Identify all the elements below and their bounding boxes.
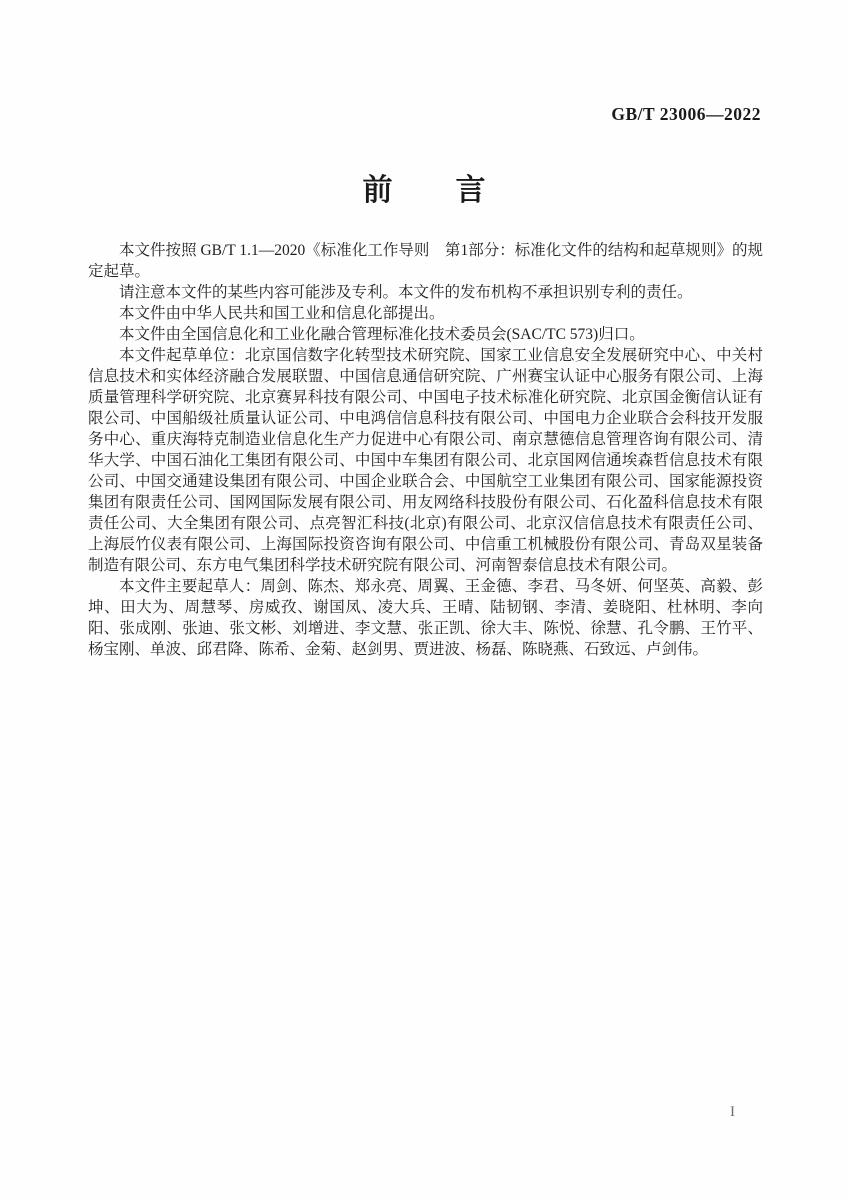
page-title: 前 言	[0, 165, 849, 209]
page-number: I	[730, 1104, 735, 1121]
paragraph-proposed-by: 本文件由中华人民共和国工业和信息化部提出。	[88, 303, 763, 324]
standard-number: GB/T 23006—2022	[611, 104, 761, 125]
foreword-body: 本文件按照 GB/T 1.1—2020《标准化工作导则 第1部分：标准化文件的结…	[88, 240, 763, 660]
document-page: GB/T 23006—2022 前 言 本文件按照 GB/T 1.1—2020《…	[0, 0, 849, 1200]
paragraph-centralized-by: 本文件由全国信息化和工业化融合管理标准化技术委员会(SAC/TC 573)归口。	[88, 324, 763, 345]
paragraph-drafting-rules: 本文件按照 GB/T 1.1—2020《标准化工作导则 第1部分：标准化文件的结…	[88, 240, 763, 282]
paragraph-drafting-organizations: 本文件起草单位：北京国信数字化转型技术研究院、国家工业信息安全发展研究中心、中关…	[88, 345, 763, 576]
paragraph-main-drafters: 本文件主要起草人：周剑、陈杰、郑永亮、周翼、王金德、李君、马冬妍、何坚英、高毅、…	[88, 576, 763, 660]
paragraph-patent-notice: 请注意本文件的某些内容可能涉及专利。本文件的发布机构不承担识别专利的责任。	[88, 282, 763, 303]
